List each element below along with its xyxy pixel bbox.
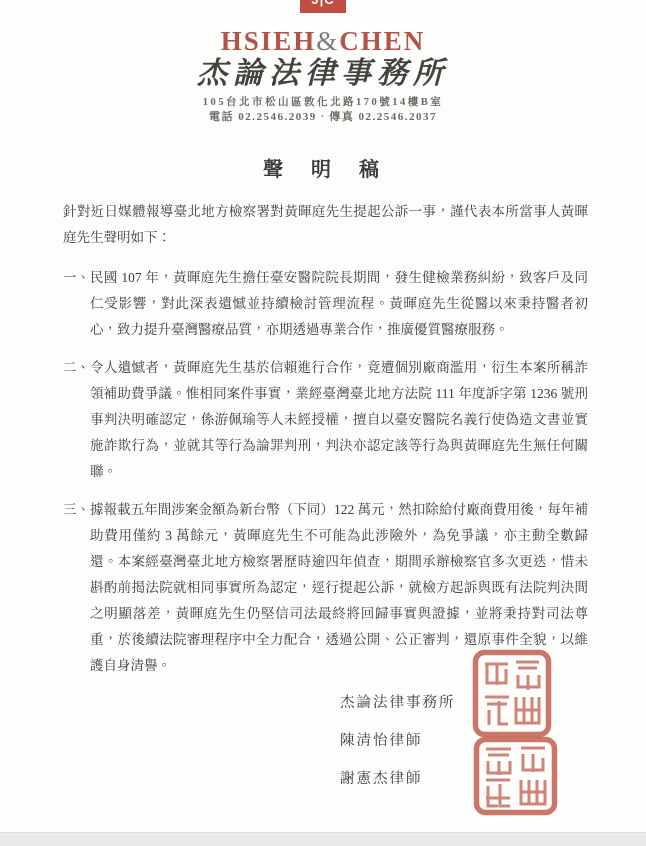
firm-name-hsieh: HSIEH	[221, 26, 317, 56]
item-number: 一、	[63, 265, 90, 343]
firm-logo-icon: J|C	[300, 0, 346, 13]
document-body: 針對近日媒體報導臺北地方檢察署對黃暉庭先生提起公訴一事，謹代表本所當事人黃暉庭先…	[0, 199, 646, 679]
lawyer-seal-stamp-icon	[472, 649, 552, 738]
document-title: 聲 明 稿	[0, 153, 646, 182]
lawyer-seal-stamp-icon	[473, 736, 558, 816]
ampersand: &	[316, 26, 339, 56]
statement-document-page: J|C HSIEH&CHEN 杰論法律事務所 105台北市松山區敦化北路170號…	[0, 0, 646, 846]
item-number: 三、	[63, 497, 90, 679]
item-number: 二、	[63, 355, 90, 485]
item-text: 令人遺憾者，黃暉庭先生基於信賴進行合作，竟遭個別廠商濫用，衍生本案所稱詐領補助費…	[90, 355, 588, 485]
firm-name-english: HSIEH&CHEN	[0, 26, 646, 56]
bottom-edge-bar	[0, 832, 646, 846]
statement-item-1: 一、 民國 107 年，黃暉庭先生擔任臺安醫院院長期間，發生健檢業務糾紛，致客戶…	[63, 265, 588, 343]
firm-address: 105台北市松山區敦化北路170號14樓B室	[0, 96, 646, 109]
intro-paragraph: 針對近日媒體報導臺北地方檢察署對黃暉庭先生提起公訴一事，謹代表本所當事人黃暉庭先…	[63, 199, 588, 251]
letterhead: J|C HSIEH&CHEN 杰論法律事務所 105台北市松山區敦化北路170號…	[0, 0, 646, 124]
firm-name-chen: CHEN	[339, 26, 425, 56]
statement-item-2: 二、 令人遺憾者，黃暉庭先生基於信賴進行合作，竟遭個別廠商濫用，衍生本案所稱詐領…	[63, 355, 588, 485]
firm-phone-fax: 電話 02.2546.2039．傳真 02.2546.2037	[0, 110, 646, 124]
item-text: 民國 107 年，黃暉庭先生擔任臺安醫院院長期間，發生健檢業務糾紛，致客戶及同仁…	[90, 265, 588, 343]
firm-name-chinese: 杰論法律事務所	[0, 56, 646, 92]
firm-logo-monogram: J|C	[300, 0, 346, 7]
